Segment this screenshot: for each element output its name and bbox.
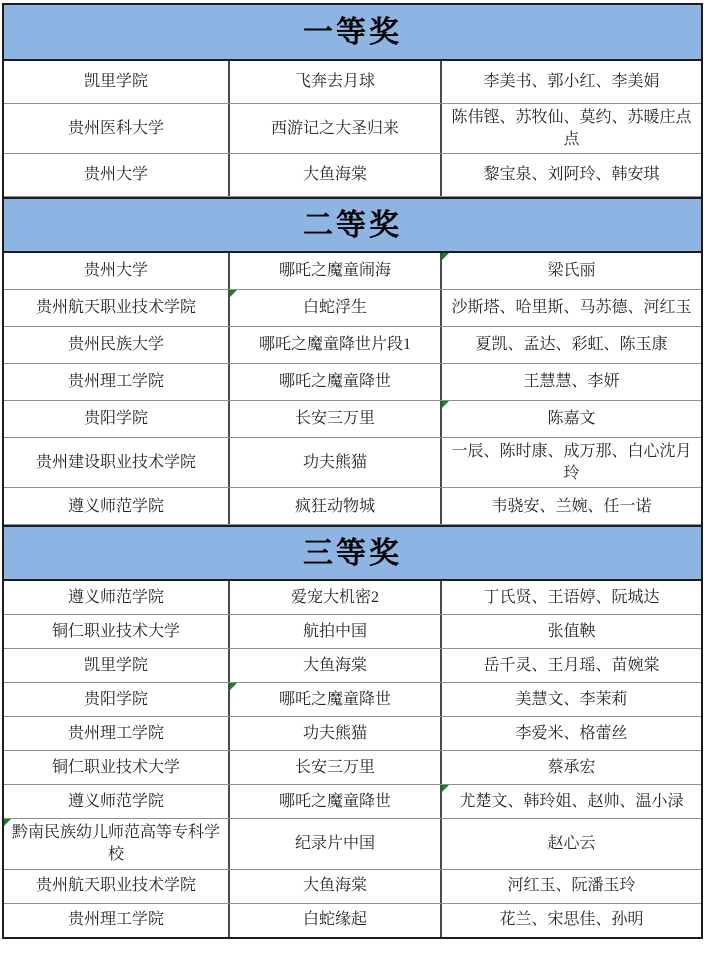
table-row: 贵州建设职业技术学院功夫熊猫一辰、陈时康、成万那、白心沈月玲: [4, 438, 701, 488]
cell-school-text: 贵州建设职业技术学院: [36, 452, 196, 474]
cell-names-text: 岳千灵、王月瑶、苗婉棠: [483, 655, 659, 677]
cell-names[interactable]: 蔡承宏: [442, 751, 701, 784]
table-row: 贵州理工学院功夫熊猫李爱米、格蕾丝: [4, 717, 701, 751]
cell-names[interactable]: 陈伟铿、苏牧仙、莫约、苏暖庄点点: [442, 104, 701, 153]
cell-title[interactable]: 爱宠大机密2: [228, 581, 442, 614]
cell-title[interactable]: 航拍中国: [228, 615, 442, 648]
table-row: 贵州民族大学哪吒之魔童降世片段1夏凯、孟达、彩虹、陈玉康: [4, 327, 701, 364]
cell-names[interactable]: 韦骁安、兰婉、任一诺: [442, 488, 701, 524]
cell-school[interactable]: 贵州航天职业技术学院: [4, 290, 228, 326]
cell-school[interactable]: 贵阳学院: [4, 401, 228, 437]
section-rows: 贵州大学哪吒之魔童闹海梁氏丽贵州航天职业技术学院白蛇浮生沙斯塔、哈里斯、马苏德、…: [4, 253, 701, 525]
cell-names-text: 李爱米、格蕾丝: [515, 723, 627, 745]
cell-names[interactable]: 李美书、郭小红、李美娟: [442, 61, 701, 103]
cell-title-text: 白蛇浮生: [303, 297, 367, 319]
cell-school[interactable]: 黔南民族幼儿师范高等专科学校: [4, 819, 228, 868]
cell-title-text: 西游记之大圣归来: [271, 118, 399, 140]
cell-names[interactable]: 夏凯、孟达、彩虹、陈玉康: [442, 327, 701, 363]
cell-title-text: 航拍中国: [303, 621, 367, 643]
award-band[interactable]: 二等奖: [4, 197, 701, 253]
cell-school[interactable]: 贵州理工学院: [4, 904, 228, 937]
cell-names[interactable]: 陈嘉文: [442, 401, 701, 437]
table-row: 遵义师范学院爱宠大机密2丁氏贤、王语婷、阮城达: [4, 581, 701, 615]
cell-title-text: 哪吒之魔童闹海: [279, 260, 391, 282]
cell-school[interactable]: 贵州建设职业技术学院: [4, 438, 228, 487]
cell-names-text: 张值鞅: [547, 621, 595, 643]
cell-names-text: 河红玉、阮潘玉玲: [507, 875, 635, 897]
cell-school-text: 遵义师范学院: [68, 496, 164, 518]
cell-names[interactable]: 美慧文、李茉莉: [442, 683, 701, 716]
cell-school[interactable]: 贵州航天职业技术学院: [4, 870, 228, 903]
award-band[interactable]: 一等奖: [4, 5, 701, 61]
cell-names-text: 赵心云: [547, 833, 595, 855]
cell-title[interactable]: 功夫熊猫: [228, 438, 442, 487]
cell-school-text: 遵义师范学院: [68, 791, 164, 813]
cell-school[interactable]: 贵州医科大学: [4, 104, 228, 153]
cell-title[interactable]: 大鱼海棠: [228, 870, 442, 903]
cell-title[interactable]: 长安三万里: [228, 751, 442, 784]
cell-names-text: 尤楚文、韩玲姐、赵帅、温小渌: [459, 791, 683, 813]
band-title: 三等奖: [303, 537, 402, 569]
cell-school-text: 铜仁职业技术大学: [52, 757, 180, 779]
cell-title-text: 哪吒之魔童降世: [279, 371, 391, 393]
cell-title[interactable]: 哪吒之魔童降世: [228, 785, 442, 818]
cell-school[interactable]: 贵州理工学院: [4, 364, 228, 400]
table-row: 铜仁职业技术大学航拍中国张值鞅: [4, 615, 701, 649]
cell-school-text: 遵义师范学院: [68, 587, 164, 609]
cell-names[interactable]: 河红玉、阮潘玉玲: [442, 870, 701, 903]
cell-names-text: 韦骁安、兰婉、任一诺: [491, 496, 651, 518]
cell-title-text: 飞奔去月球: [295, 71, 375, 93]
award-band[interactable]: 三等奖: [4, 525, 701, 581]
cell-title[interactable]: 长安三万里: [228, 401, 442, 437]
cell-title[interactable]: 功夫熊猫: [228, 717, 442, 750]
cell-names-text: 黎宝泉、刘阿玲、韩安琪: [483, 164, 659, 186]
cell-school-text: 凯里学院: [84, 655, 148, 677]
cell-school[interactable]: 遵义师范学院: [4, 488, 228, 524]
cell-names[interactable]: 李爱米、格蕾丝: [442, 717, 701, 750]
band-title: 一等奖: [303, 16, 402, 48]
cell-title-text: 功夫熊猫: [303, 452, 367, 474]
cell-names-text: 陈伟铿、苏牧仙、莫约、苏暖庄点点: [448, 107, 695, 150]
cell-names-text: 李美书、郭小红、李美娟: [483, 71, 659, 93]
cell-school[interactable]: 凯里学院: [4, 649, 228, 682]
cell-names-text: 王慧慧、李妍: [523, 371, 619, 393]
cell-names[interactable]: 王慧慧、李妍: [442, 364, 701, 400]
table-row: 遵义师范学院哪吒之魔童降世尤楚文、韩玲姐、赵帅、温小渌: [4, 785, 701, 819]
cell-school-text: 贵阳学院: [84, 408, 148, 430]
cell-title-text: 长安三万里: [295, 757, 375, 779]
cell-school-text: 凯里学院: [84, 71, 148, 93]
cell-title-text: 爱宠大机密2: [291, 587, 379, 609]
table-row: 贵州理工学院白蛇缘起花兰、宋思佳、孙明: [4, 904, 701, 937]
cell-names-text: 花兰、宋思佳、孙明: [499, 909, 643, 931]
cell-school[interactable]: 铜仁职业技术大学: [4, 751, 228, 784]
cell-names[interactable]: 岳千灵、王月瑶、苗婉棠: [442, 649, 701, 682]
cell-title-text: 哪吒之魔童降世: [279, 689, 391, 711]
cell-title-text: 大鱼海棠: [303, 164, 367, 186]
band-title: 二等奖: [303, 209, 402, 241]
cell-names[interactable]: 张值鞅: [442, 615, 701, 648]
comment-marker-icon: [442, 253, 449, 260]
comment-marker-icon: [442, 401, 449, 408]
cell-names[interactable]: 赵心云: [442, 819, 701, 868]
comment-marker-icon: [442, 785, 449, 792]
cell-school-text: 黔南民族幼儿师范高等专科学校: [10, 822, 222, 865]
cell-names-text: 蔡承宏: [547, 757, 595, 779]
cell-school-text: 贵州航天职业技术学院: [36, 297, 196, 319]
cell-school-text: 贵州大学: [84, 260, 148, 282]
cell-school-text: 铜仁职业技术大学: [52, 621, 180, 643]
award-table: 一等奖凯里学院飞奔去月球李美书、郭小红、李美娟贵州医科大学西游记之大圣归来陈伟铿…: [2, 3, 703, 939]
cell-title[interactable]: 大鱼海棠: [228, 649, 442, 682]
cell-title-text: 长安三万里: [295, 408, 375, 430]
table-row: 黔南民族幼儿师范高等专科学校纪录片中国赵心云: [4, 819, 701, 869]
cell-school-text: 贵州大学: [84, 164, 148, 186]
cell-names[interactable]: 沙斯塔、哈里斯、马苏德、河红玉: [442, 290, 701, 326]
cell-names-text: 陈嘉文: [547, 408, 595, 430]
comment-marker-icon: [230, 290, 237, 297]
cell-school-text: 贵州理工学院: [68, 371, 164, 393]
table-row: 贵州大学大鱼海棠黎宝泉、刘阿玲、韩安琪: [4, 154, 701, 197]
cell-names-text: 沙斯塔、哈里斯、马苏德、河红玉: [451, 297, 691, 319]
cell-title[interactable]: 白蛇缘起: [228, 904, 442, 937]
cell-title[interactable]: 大鱼海棠: [228, 154, 442, 196]
cell-title[interactable]: 白蛇浮生: [228, 290, 442, 326]
cell-school[interactable]: 贵州民族大学: [4, 327, 228, 363]
cell-title-text: 大鱼海棠: [303, 875, 367, 897]
table-row: 贵阳学院长安三万里陈嘉文: [4, 401, 701, 438]
cell-school[interactable]: 铜仁职业技术大学: [4, 615, 228, 648]
table-row: 铜仁职业技术大学长安三万里蔡承宏: [4, 751, 701, 785]
table-row: 遵义师范学院疯狂动物城韦骁安、兰婉、任一诺: [4, 488, 701, 525]
cell-title-text: 哪吒之魔童降世: [279, 791, 391, 813]
cell-names-text: 丁氏贤、王语婷、阮城达: [483, 587, 659, 609]
cell-school-text: 贵州民族大学: [68, 334, 164, 356]
cell-school[interactable]: 贵阳学院: [4, 683, 228, 716]
table-row: 贵州理工学院哪吒之魔童降世王慧慧、李妍: [4, 364, 701, 401]
cell-title-text: 疯狂动物城: [295, 496, 375, 518]
cell-title[interactable]: 疯狂动物城: [228, 488, 442, 524]
cell-title-text: 白蛇缘起: [303, 909, 367, 931]
cell-names[interactable]: 丁氏贤、王语婷、阮城达: [442, 581, 701, 614]
cell-names-text: 美慧文、李茉莉: [515, 689, 627, 711]
table-row: 贵州航天职业技术学院白蛇浮生沙斯塔、哈里斯、马苏德、河红玉: [4, 290, 701, 327]
table-row: 贵州大学哪吒之魔童闹海梁氏丽: [4, 253, 701, 290]
cell-school[interactable]: 遵义师范学院: [4, 785, 228, 818]
cell-names-text: 梁氏丽: [547, 260, 595, 282]
cell-title[interactable]: 西游记之大圣归来: [228, 104, 442, 153]
table-row: 贵州医科大学西游记之大圣归来陈伟铿、苏牧仙、莫约、苏暖庄点点: [4, 104, 701, 154]
cell-names-text: 一辰、陈时康、成万那、白心沈月玲: [448, 441, 695, 484]
cell-title[interactable]: 纪录片中国: [228, 819, 442, 868]
cell-title[interactable]: 哪吒之魔童降世片段1: [228, 327, 442, 363]
cell-title[interactable]: 飞奔去月球: [228, 61, 442, 103]
cell-school-text: 贵州理工学院: [68, 909, 164, 931]
cell-title[interactable]: 哪吒之魔童降世: [228, 364, 442, 400]
section-rows: 凯里学院飞奔去月球李美书、郭小红、李美娟贵州医科大学西游记之大圣归来陈伟铿、苏牧…: [4, 61, 701, 197]
table-row: 贵阳学院哪吒之魔童降世美慧文、李茉莉: [4, 683, 701, 717]
comment-marker-icon: [4, 819, 11, 826]
cell-title-text: 功夫熊猫: [303, 723, 367, 745]
cell-title[interactable]: 哪吒之魔童闹海: [228, 253, 442, 289]
cell-school-text: 贵阳学院: [84, 689, 148, 711]
table-row: 贵州航天职业技术学院大鱼海棠河红玉、阮潘玉玲: [4, 870, 701, 904]
table-row: 凯里学院大鱼海棠岳千灵、王月瑶、苗婉棠: [4, 649, 701, 683]
cell-names[interactable]: 黎宝泉、刘阿玲、韩安琪: [442, 154, 701, 196]
cell-title-text: 哪吒之魔童降世片段1: [259, 334, 411, 356]
cell-names[interactable]: 梁氏丽: [442, 253, 701, 289]
cell-school-text: 贵州医科大学: [68, 118, 164, 140]
cell-names[interactable]: 一辰、陈时康、成万那、白心沈月玲: [442, 438, 701, 487]
cell-names[interactable]: 花兰、宋思佳、孙明: [442, 904, 701, 937]
cell-school[interactable]: 遵义师范学院: [4, 581, 228, 614]
section-rows: 遵义师范学院爱宠大机密2丁氏贤、王语婷、阮城达铜仁职业技术大学航拍中国张值鞅凯里…: [4, 581, 701, 936]
cell-title[interactable]: 哪吒之魔童降世: [228, 683, 442, 716]
cell-school[interactable]: 凯里学院: [4, 61, 228, 103]
cell-names[interactable]: 尤楚文、韩玲姐、赵帅、温小渌: [442, 785, 701, 818]
cell-school[interactable]: 贵州理工学院: [4, 717, 228, 750]
cell-school[interactable]: 贵州大学: [4, 154, 228, 196]
cell-school-text: 贵州航天职业技术学院: [36, 875, 196, 897]
cell-names-text: 夏凯、孟达、彩虹、陈玉康: [475, 334, 667, 356]
cell-title-text: 纪录片中国: [295, 833, 375, 855]
cell-school-text: 贵州理工学院: [68, 723, 164, 745]
cell-title-text: 大鱼海棠: [303, 655, 367, 677]
comment-marker-icon: [230, 683, 237, 690]
table-row: 凯里学院飞奔去月球李美书、郭小红、李美娟: [4, 61, 701, 104]
cell-school[interactable]: 贵州大学: [4, 253, 228, 289]
